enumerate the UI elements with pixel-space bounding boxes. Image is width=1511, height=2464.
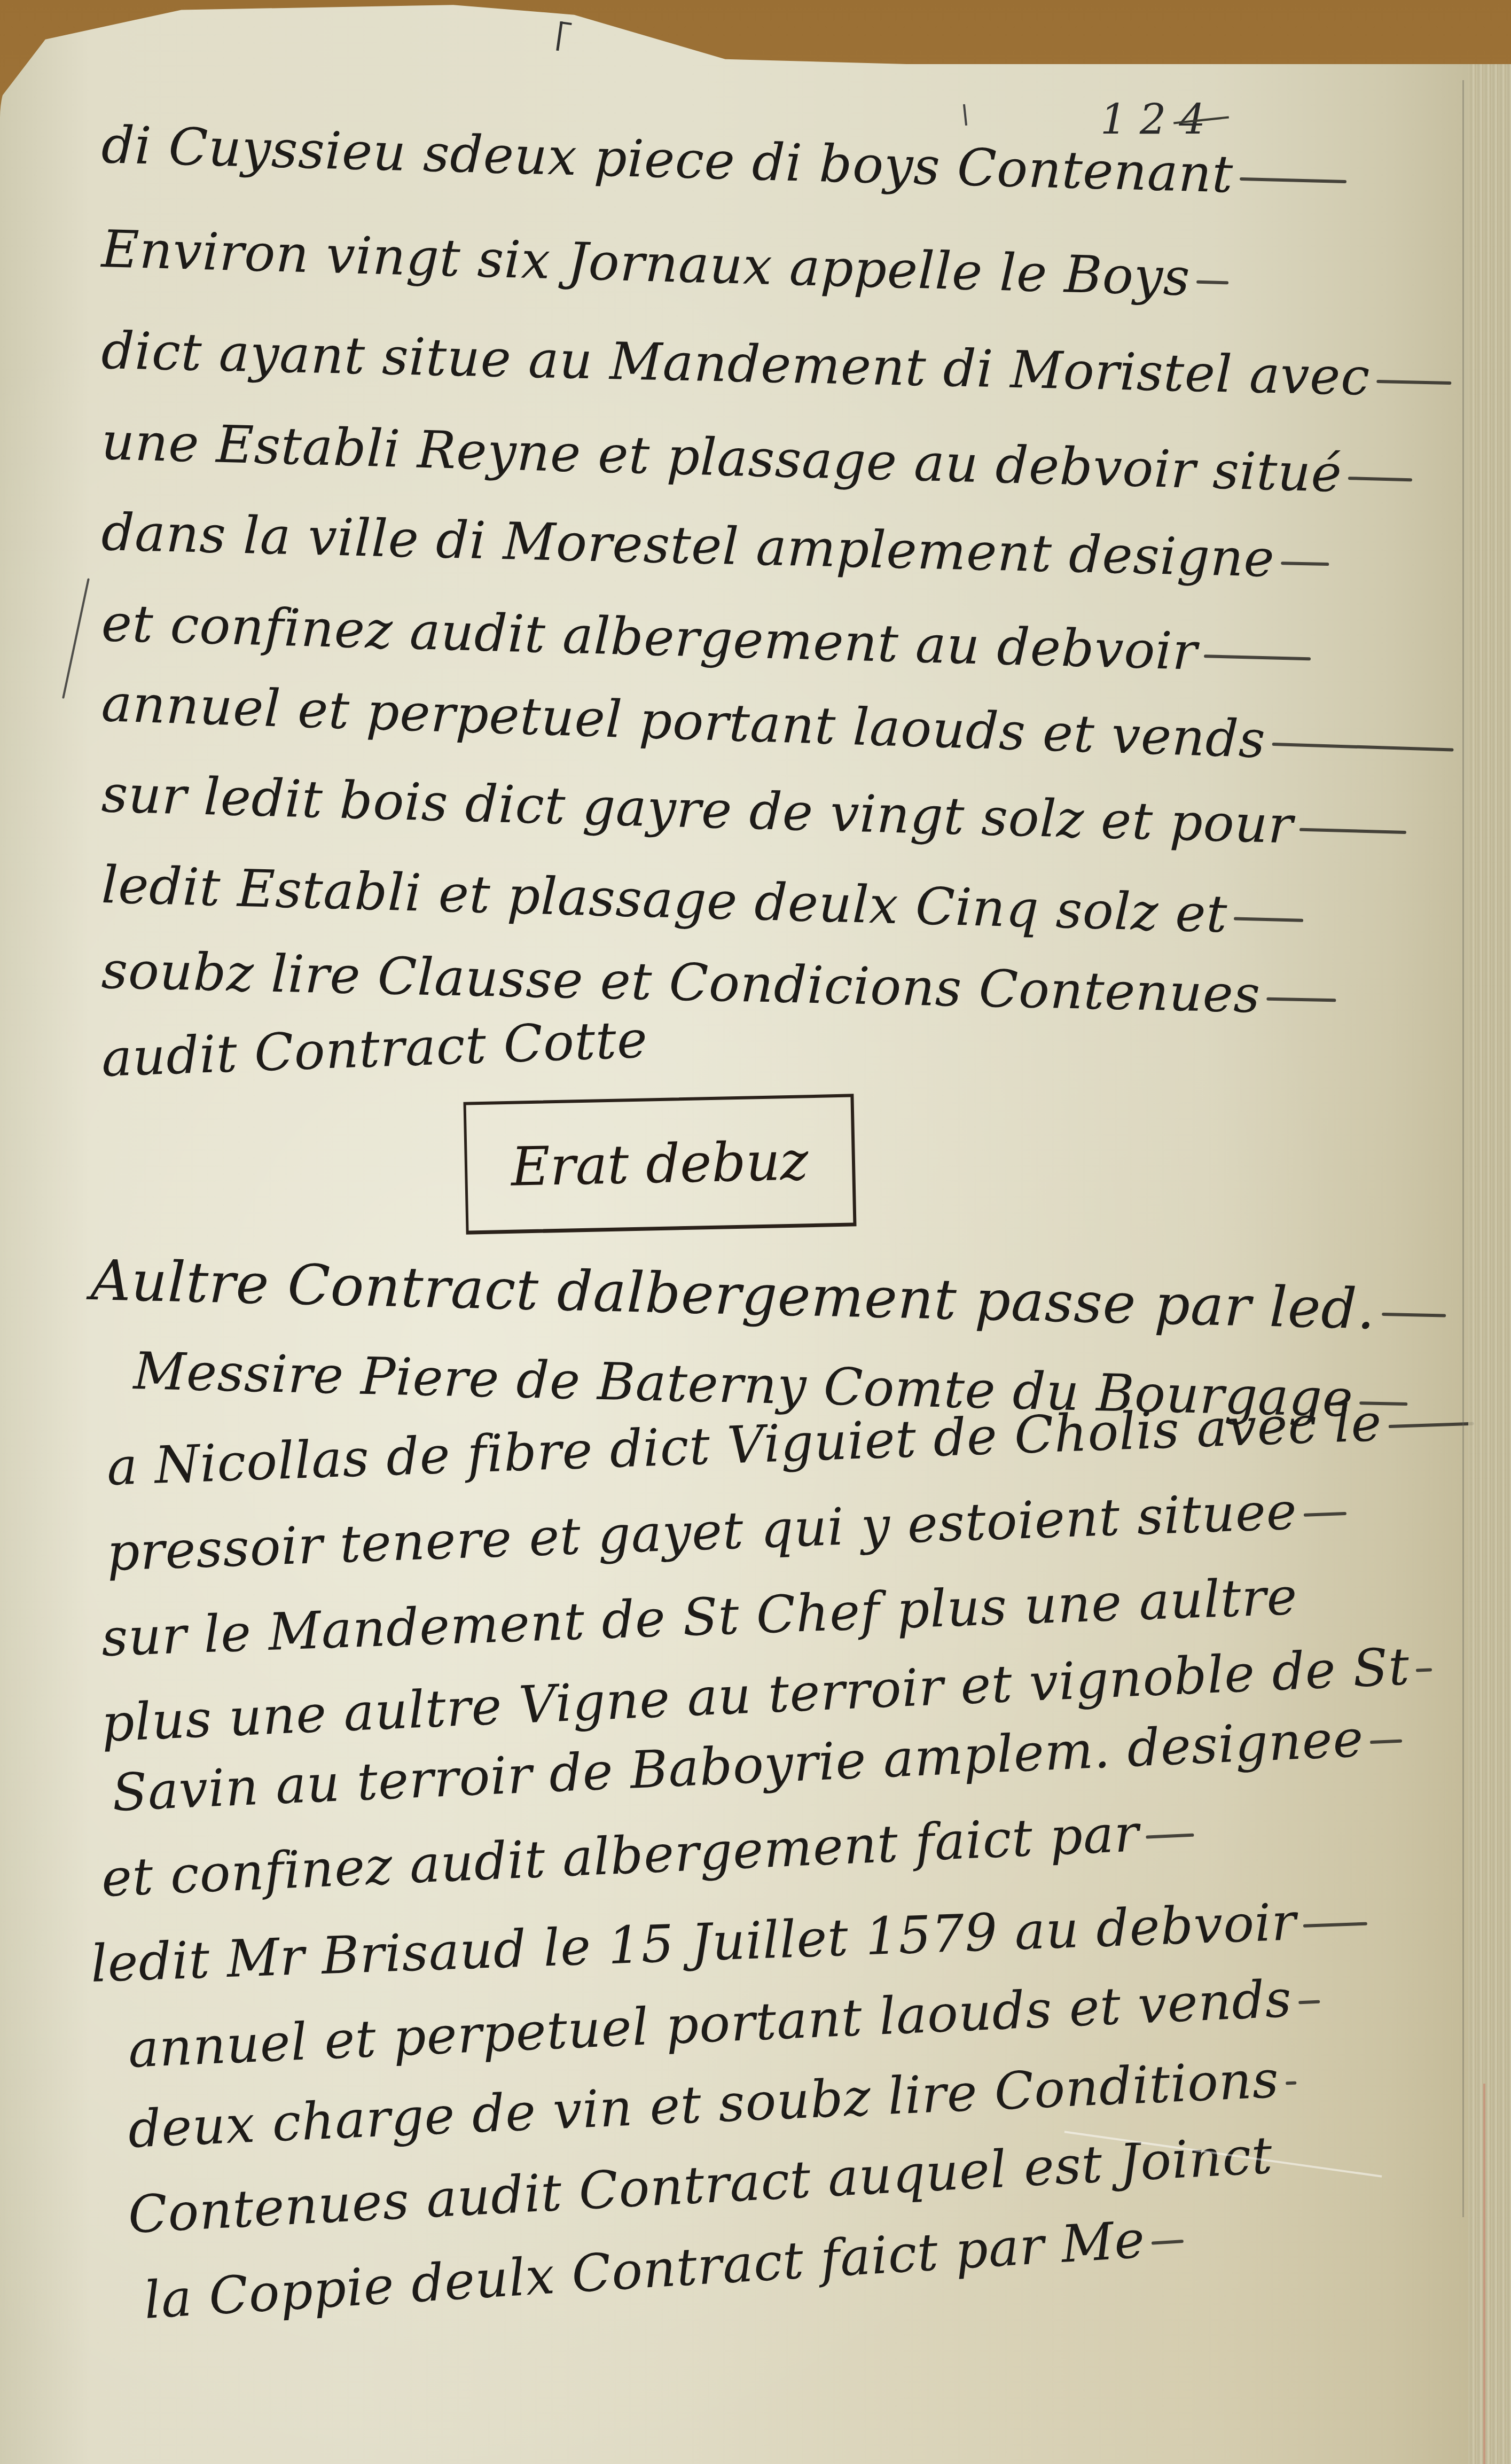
entry-1-line-6: et confinez audit albergement au debvoir (101, 593, 1312, 684)
entry-2-line-4: pressoir tenere et gayet qui y estoient … (106, 1479, 1347, 1582)
line-filler-dash (1146, 1834, 1194, 1839)
line-filler-dash (1382, 1313, 1446, 1317)
line-text: une Establi Reyne et plassage au debvoir… (101, 411, 1343, 504)
page-number-digit-3-corrected: 4 (1179, 96, 1218, 144)
red-margin-rule (1483, 2084, 1485, 2464)
line-text: Environ vingt six Jornaux appelle le Boy… (101, 219, 1191, 307)
line-filler-dash (1348, 477, 1412, 481)
line-text: ledit Establi et plassage deulx Cinq sol… (101, 855, 1228, 944)
line-text: dict ayant situe au Mandement di Moriste… (101, 321, 1371, 407)
line-text: sur ledit bois dict gayre de vingt solz … (101, 764, 1294, 855)
entry-2-line-8: et confinez audit albergement faict par (100, 1801, 1195, 1908)
line-filler-dash (1304, 1512, 1346, 1517)
line-text: Aultre Contract dalbergement passe par l… (90, 1247, 1376, 1342)
line-filler-dash (1272, 743, 1453, 752)
line-filler-dash (1234, 917, 1303, 922)
line-filler-dash (1303, 1922, 1367, 1928)
line-filler-dash (1281, 562, 1329, 566)
entry-1-line-5: dans la ville di Morestel amplement desi… (101, 502, 1330, 590)
line-text: audit Contract Cotte (100, 1009, 648, 1088)
line-filler-dash (1370, 1740, 1402, 1744)
line-filler-dash (1416, 1668, 1432, 1672)
line-filler-dash (1299, 828, 1406, 834)
line-text: et confinez audit albergement au debvoir (101, 593, 1199, 682)
manuscript-page: 124 di Cuyssieu sdeux piece di boys Cont… (0, 0, 1511, 2464)
line-text: pressoir tenere et gayet qui y estoient … (106, 1481, 1298, 1582)
right-margin-rule (1462, 80, 1464, 2217)
entry-1-line-7: annuel et perpetuel portant laouds et ve… (100, 673, 1454, 775)
line-text: soubz lire Clausse et Condicions Contenu… (101, 940, 1261, 1024)
margin-bracket-stroke (62, 578, 90, 699)
line-text: di Cuyssieu sdeux piece di boys Contenan… (101, 115, 1234, 204)
line-filler-dash (1286, 2081, 1296, 2085)
entry-1-line-2: Environ vingt six Jornaux appelle le Boy… (101, 219, 1230, 308)
entry-1-line-9: ledit Establi et plassage deulx Cinq sol… (101, 855, 1304, 946)
line-filler-dash (1196, 280, 1228, 285)
entry-1-line-10: soubz lire Clausse et Condicions Contenu… (101, 940, 1337, 1026)
line-filler-dash (1152, 2240, 1184, 2245)
line-filler-dash (1376, 380, 1451, 385)
line-text: dans la ville di Morestel amplement desi… (101, 502, 1275, 589)
entry-1-line-11: audit Contract Cotte (100, 1009, 648, 1088)
entry-1-line-3: dict ayant situe au Mandement di Moriste… (101, 321, 1452, 409)
boxed-annotation: Erat debuz (463, 1094, 856, 1234)
line-filler-dash (1388, 1422, 1474, 1429)
margin-tick-mark (963, 104, 967, 126)
book-page-edges (1468, 64, 1511, 2464)
line-filler-dash (1240, 177, 1346, 183)
entry-1-line-8: sur ledit bois dict gayre de vingt solz … (101, 764, 1407, 858)
line-filler-dash (1267, 997, 1336, 1002)
entry-1-line-4: une Establi Reyne et plassage au debvoir… (101, 411, 1414, 505)
page-number-digit-1: 1 (1100, 96, 1140, 144)
entry-2-line-1: Aultre Contract dalbergement passe par l… (90, 1247, 1447, 1344)
line-filler-dash (1204, 654, 1311, 660)
page-number-digit-2: 2 (1140, 96, 1179, 144)
line-filler-dash (1298, 2000, 1320, 2005)
boxed-annotation-text: Erat debuz (510, 1129, 809, 1198)
line-text: et confinez audit albergement faict par (100, 1803, 1141, 1908)
page-number: 124 (1100, 96, 1218, 144)
top-ink-mark (556, 21, 563, 51)
line-text: annuel et perpetuel portant laouds et ve… (100, 673, 1266, 769)
